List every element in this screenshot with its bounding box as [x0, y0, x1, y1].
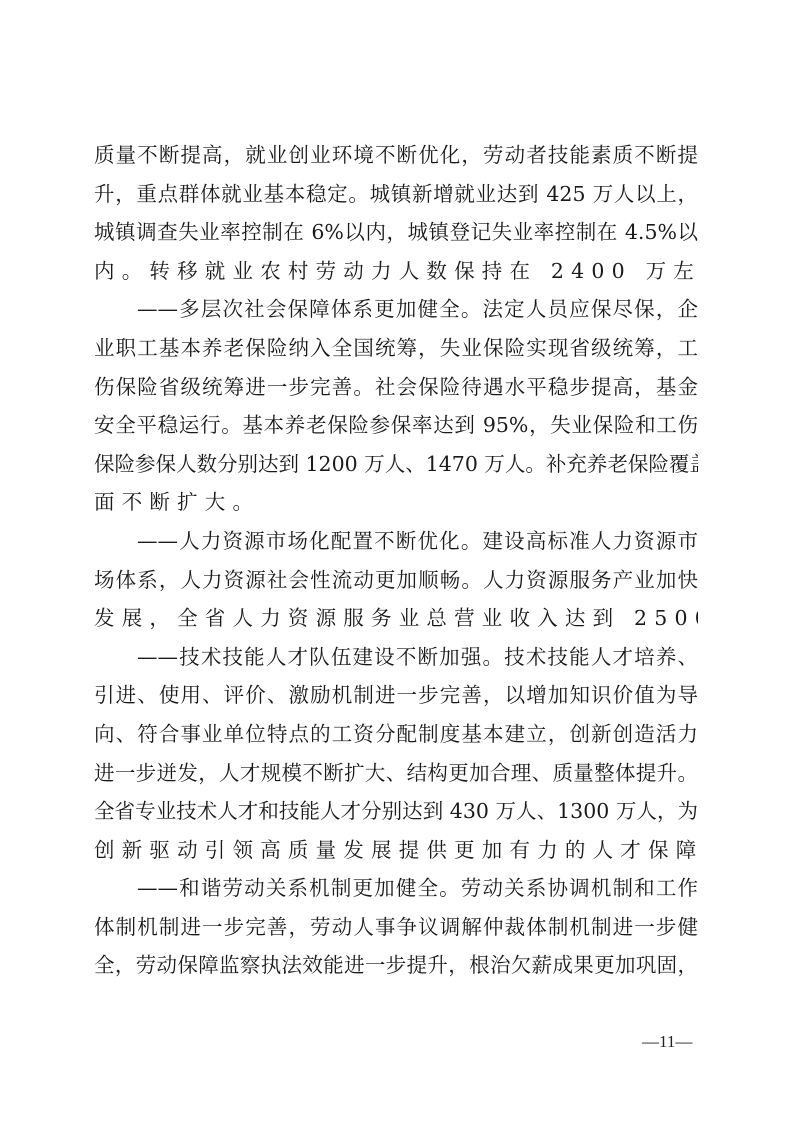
text-line: ——人力资源市场化配置不断优化。建设高标准人力资源市 — [94, 522, 698, 561]
text-line: 城镇调查失业率控制在 6%以内，城镇登记失业率控制在 4.5%以 — [94, 213, 698, 252]
text-line: 引进、使用、评价、激励机制进一步完善，以增加知识价值为导 — [94, 676, 698, 715]
text-line: 面不断扩大。 — [94, 483, 698, 522]
text-line: 伤保险省级统筹进一步完善。社会保险待遇水平稳步提高，基金 — [94, 368, 698, 407]
paragraph-talent-building: ——技术技能人才队伍建设不断加强。技术技能人才培养、 引进、使用、评价、激励机制… — [94, 638, 698, 870]
paragraph-social-security: ——多层次社会保障体系更加健全。法定人员应保尽保，企 业职工基本养老保险纳入全国… — [94, 290, 698, 522]
text-line: ——和谐劳动关系机制更加健全。劳动关系协调机制和工作 — [94, 869, 698, 908]
paragraph-labor-relations: ——和谐劳动关系机制更加健全。劳动关系协调机制和工作 体制机制进一步完善，劳动人… — [94, 869, 698, 985]
document-page: 质量不断提高，就业创业环境不断优化，劳动者技能素质不断提 升，重点群体就业基本稳… — [0, 0, 793, 1122]
text-line: 全，劳动保障监察执法效能进一步提升，根治欠薪成果更加巩固， — [94, 946, 698, 985]
text-line: 安全平稳运行。基本养老保险参保率达到 95%，失业保险和工伤 — [94, 406, 698, 445]
text-line: 场体系，人力资源社会性流动更加顺畅。人力资源服务产业加快 — [94, 561, 698, 600]
paragraph-hr-market: ——人力资源市场化配置不断优化。建设高标准人力资源市 场体系，人力资源社会性流动… — [94, 522, 698, 638]
text-line: ——技术技能人才队伍建设不断加强。技术技能人才培养、 — [94, 638, 698, 677]
text-line: 体制机制进一步完善，劳动人事争议调解仲裁体制机制进一步健 — [94, 908, 698, 947]
text-line: 保险参保人数分别达到 1200 万人、1470 万人。补充养老保险覆盖 — [94, 445, 698, 484]
text-line: 发展，全省人力资源服务业总营业收入达到 2500 亿元。 — [94, 599, 698, 638]
page-number: —11— — [642, 1032, 692, 1052]
text-line: 向、符合事业单位特点的工资分配制度基本建立，创新创造活力 — [94, 715, 698, 754]
text-line: 内。转移就业农村劳动力人数保持在 2400 万左右。 — [94, 252, 698, 291]
text-line: ——多层次社会保障体系更加健全。法定人员应保尽保，企 — [94, 290, 698, 329]
text-line: 全省专业技术人才和技能人才分别达到 430 万人、1300 万人，为 — [94, 792, 698, 831]
text-line: 进一步迸发，人才规模不断扩大、结构更加合理、质量整体提升。 — [94, 754, 698, 793]
text-line: 质量不断提高，就业创业环境不断优化，劳动者技能素质不断提 — [94, 136, 698, 175]
document-body: 质量不断提高，就业创业环境不断优化，劳动者技能素质不断提 升，重点群体就业基本稳… — [94, 136, 698, 985]
paragraph-employment: 质量不断提高，就业创业环境不断优化，劳动者技能素质不断提 升，重点群体就业基本稳… — [94, 136, 698, 290]
text-line: 业职工基本养老保险纳入全国统筹，失业保险实现省级统筹，工 — [94, 329, 698, 368]
text-line: 升，重点群体就业基本稳定。城镇新增就业达到 425 万人以上， — [94, 175, 698, 214]
text-line: 创新驱动引领高质量发展提供更加有力的人才保障。 — [94, 831, 698, 870]
